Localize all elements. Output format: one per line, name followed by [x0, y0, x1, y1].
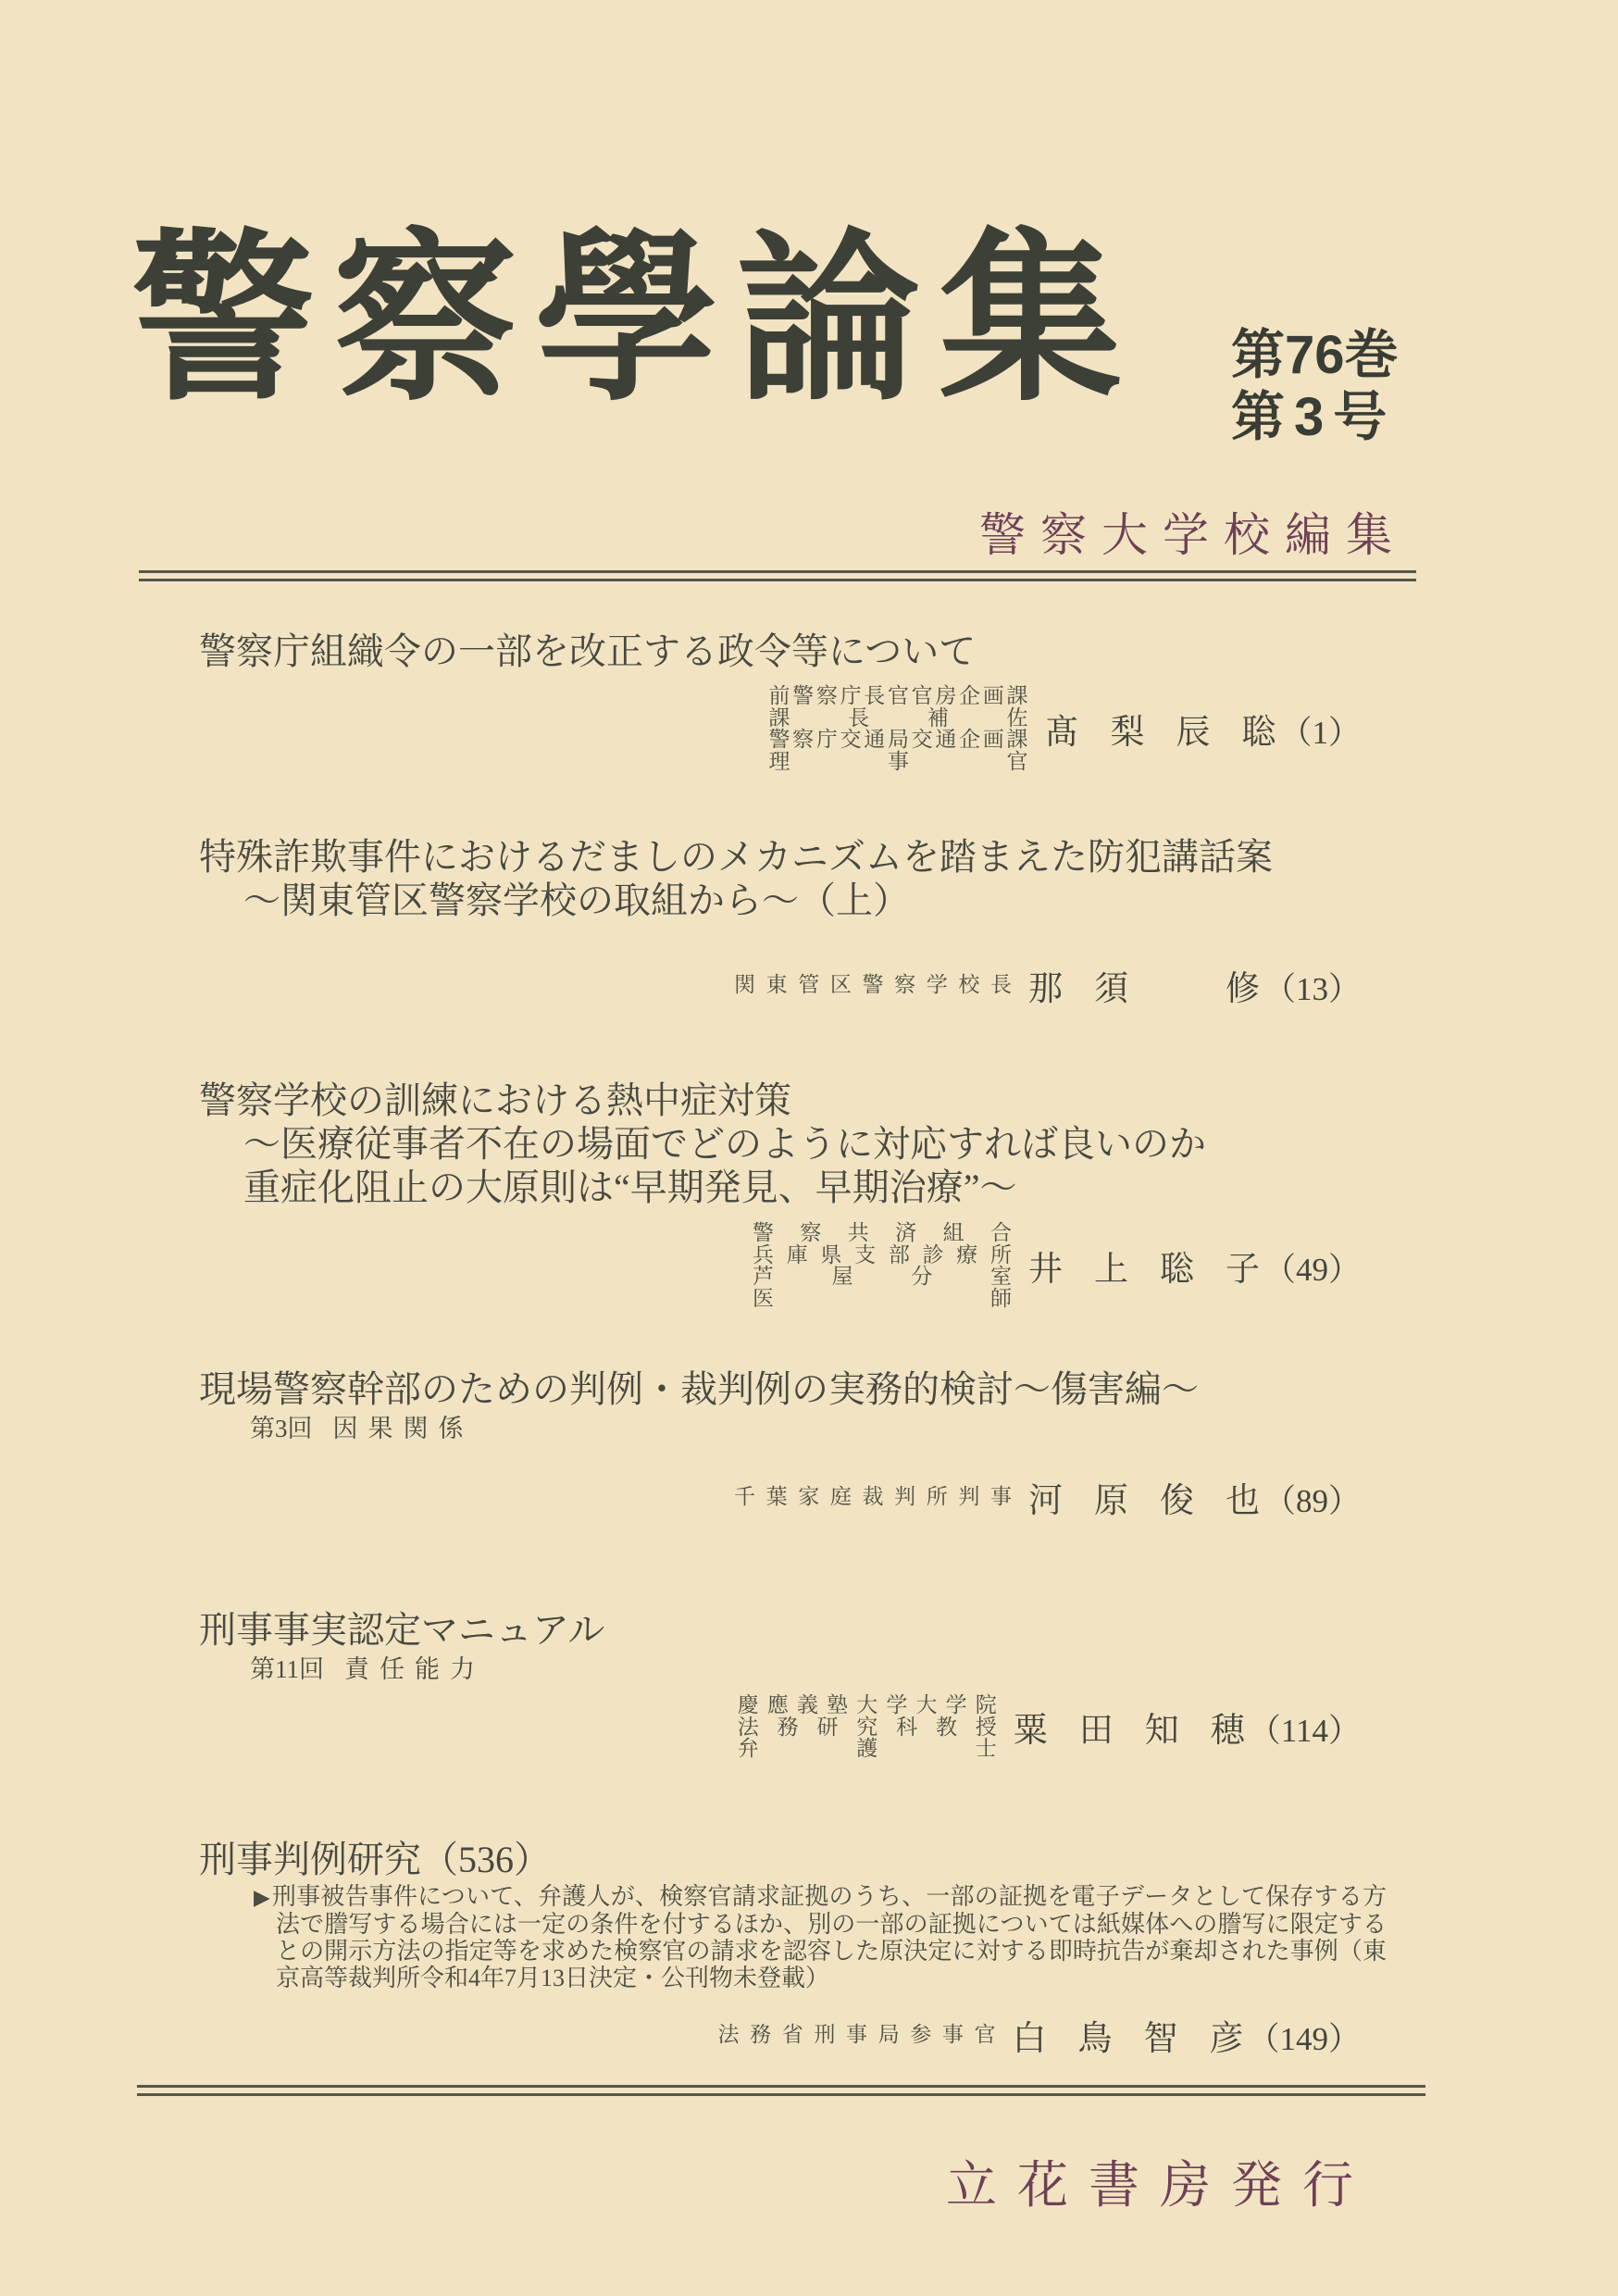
case-note-marker: ▶	[254, 1886, 270, 1909]
page-number: （1）	[1279, 707, 1361, 754]
case-note: ▶刑事被告事件について、弁護人が、検察官請求証拠のうち、一部の証拠を電子データと…	[254, 1883, 1387, 1991]
author-name: 井上聡子	[1028, 1241, 1260, 1291]
entry-title: 特殊詐欺事件におけるだましのメカニズムを踏まえた防犯講話案 ～関東管区警察学校の…	[199, 835, 1361, 922]
entry-byline: 関東管区警察学校長 那須 修 （13）	[199, 960, 1361, 1010]
toc-entry: 特殊詐欺事件におけるだましのメカニズムを踏まえた防犯講話案 ～関東管区警察学校の…	[199, 835, 1361, 1010]
affiliation: 慶應義塾大学大学院 法務研究科教授 弁護士	[738, 1694, 997, 1760]
entry-title: 刑事事実認定マニュアル	[199, 1608, 1361, 1652]
entry-title: 現場警察幹部のための判例・裁判例の実務的検討～傷害編～	[199, 1367, 1361, 1411]
toc-entry: 警察庁組織令の一部を改正する政令等について 前警察庁長官官房企画課 課長補佐 警…	[199, 630, 1361, 772]
toc-entry: 警察学校の訓練における熱中症対策 ～医療従事者不在の場面でどのように対応すれば良…	[199, 1079, 1361, 1309]
entry-subtitle: 第11回責任能力	[250, 1655, 1361, 1683]
entry-byline: 前警察庁長官官房企画課 課長補佐 警察庁交通局交通企画課 理事官 髙梨辰聡 （1…	[199, 685, 1361, 772]
page-number: （149）	[1247, 2014, 1361, 2060]
page-number: （13）	[1263, 964, 1361, 1010]
author-name: 河原俊也	[1028, 1472, 1260, 1522]
entry-title: 警察庁組織令の一部を改正する政令等について	[199, 630, 1361, 673]
journal-cover-page: 警察學論集 第76巻 第3号 警察大学校編集 警察庁組織令の一部を改正する政令等…	[0, 0, 1618, 2296]
affiliation: 警察共済組合 兵庫県支部診療所 芦屋分室 医師	[753, 1222, 1012, 1309]
affiliation: 法務省刑事局参事官	[717, 2024, 995, 2046]
entry-byline: 千葉家庭裁判所判事 河原俊也 （89）	[199, 1472, 1361, 1522]
author-name: 粟田知穂	[1014, 1702, 1245, 1752]
affiliation: 関東管区警察学校長	[734, 974, 1012, 996]
author-name: 髙梨辰聡	[1044, 704, 1276, 754]
page-number: （49）	[1263, 1244, 1361, 1291]
affiliation: 前警察庁長官官房企画課 課長補佐 警察庁交通局交通企画課 理事官	[768, 685, 1027, 772]
author-name: 白鳥智彦	[1012, 2010, 1243, 2060]
toc-entry: 刑事事実認定マニュアル 第11回責任能力 慶應義塾大学大学院 法務研究科教授 弁…	[199, 1608, 1361, 1760]
entry-byline: 警察共済組合 兵庫県支部診療所 芦屋分室 医師 井上聡子 （49）	[199, 1222, 1361, 1309]
publisher-credit: 立花書房発行	[946, 2144, 1374, 2217]
entry-byline: 慶應義塾大学大学院 法務研究科教授 弁護士 粟田知穂 （114）	[199, 1694, 1361, 1760]
affiliation: 千葉家庭裁判所判事	[734, 1486, 1012, 1508]
bottom-divider	[137, 2085, 1425, 2096]
toc-entry: 現場警察幹部のための判例・裁判例の実務的検討～傷害編～ 第3回因果関係 千葉家庭…	[199, 1367, 1361, 1522]
entry-subtitle: 第3回因果関係	[250, 1415, 1361, 1442]
page-number: （114）	[1249, 1705, 1361, 1752]
toc-entry: 刑事判例研究（536） ▶刑事被告事件について、弁護人が、検察官請求証拠のうち、…	[199, 1838, 1361, 2060]
entry-title: 警察学校の訓練における熱中症対策 ～医療従事者不在の場面でどのように対応すれば良…	[199, 1079, 1361, 1209]
page-number: （89）	[1263, 1476, 1361, 1522]
entry-title: 刑事判例研究（536）	[199, 1838, 1361, 1881]
author-name: 那須 修	[1028, 960, 1260, 1010]
volume-number: 第76巻 第3号	[1231, 324, 1399, 449]
top-divider	[139, 570, 1416, 581]
issue-line: 第3号	[1231, 386, 1399, 448]
journal-title: 警察學論集	[131, 230, 1140, 413]
editor-credit: 警察大学校編集	[979, 498, 1407, 565]
volume-line: 第76巻	[1231, 324, 1399, 386]
entry-byline: 法務省刑事局参事官 白鳥智彦 （149）	[199, 2010, 1361, 2060]
